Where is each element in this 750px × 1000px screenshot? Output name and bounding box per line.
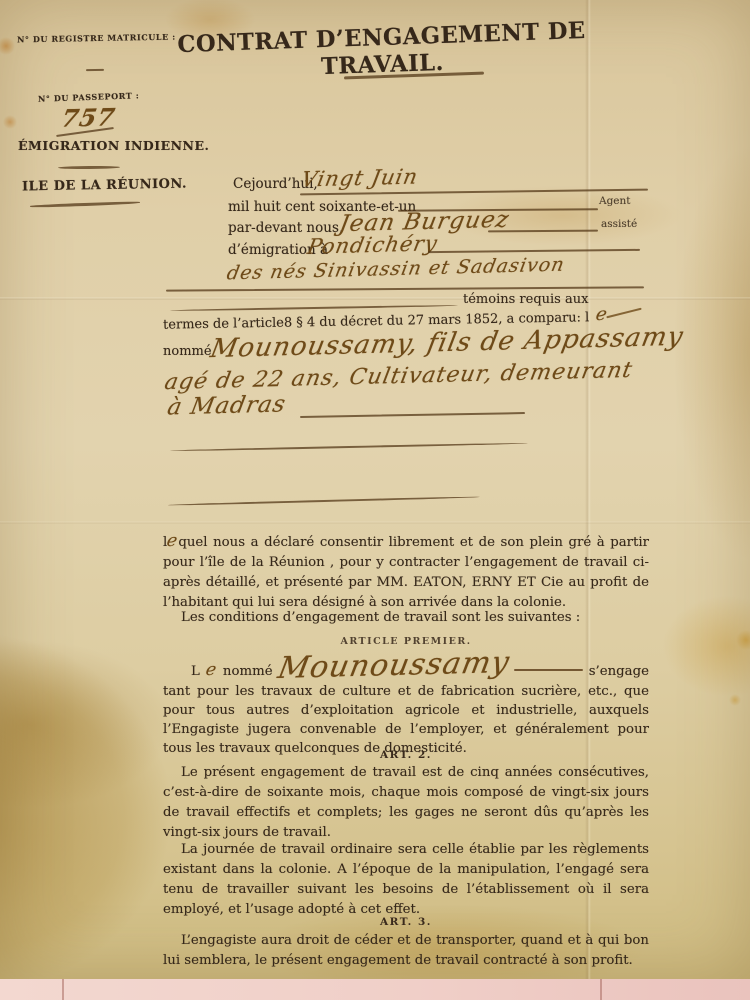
article-1-sengage: s’engage [589, 664, 649, 679]
consent-paragraph: lequel nous a déclaré consentir libremen… [163, 531, 649, 613]
witnesses-rule [166, 286, 644, 291]
article-1-L: L [163, 664, 200, 679]
officer-rule [488, 230, 598, 233]
nomme-label: nommé [163, 344, 212, 359]
temoins-lead-rule [170, 304, 458, 311]
emigration-label: ÉMIGRATION INDIENNE. [18, 138, 209, 153]
preamble-agent: Agent [599, 195, 631, 207]
preamble-assiste: assisté [601, 218, 637, 230]
article-2-paragraph-1: Le présent engagement de travail est de … [163, 763, 649, 843]
handwritten-article-1-e: e [204, 660, 219, 680]
handwritten-witnesses: des nés Sinivassin et Sadasivon [225, 254, 567, 285]
registry-dash [86, 69, 104, 71]
passport-number-label: N° DU PASSEPORT : [38, 90, 140, 104]
handwritten-article-1-name: Mounoussamy [275, 645, 513, 686]
article-2-heading: ART. 2. [163, 749, 649, 761]
reunion-flourish [30, 201, 140, 207]
document-paper: N° DU REGISTRE MATRICULE : N° DU PASSEPO… [0, 0, 750, 979]
reunion-label: ILE DE LA RÉUNION. [22, 177, 187, 195]
article-3-heading: ART. 3. [163, 916, 649, 928]
registry-number-label: N° DU REGISTRE MATRICULE : [17, 32, 176, 45]
place-rule [428, 249, 640, 253]
handwritten-residence: à Madras [165, 391, 288, 420]
article-2-paragraph-2: La journée de travail ordinaire sera cel… [163, 840, 649, 920]
blank-rule-1 [170, 442, 528, 451]
article-1-name-line: L e nommé Mounoussamy s’engage [163, 648, 649, 683]
article-3-paragraph-1: L’engagiste aura droit de céder et de tr… [163, 931, 649, 971]
temoins-note: témoins requis aux [463, 292, 588, 307]
handwritten-date: Vingt Juin [299, 164, 420, 191]
table-seam-left [62, 979, 64, 1000]
emigration-flourish [58, 166, 120, 170]
horizontal-fold-crease-2 [0, 521, 750, 524]
residence-rule [300, 412, 525, 418]
article-1-body: tant pour les travaux de culture et de f… [163, 682, 649, 758]
name-trailing-stroke [514, 669, 582, 671]
handwritten-place: Pondichéry [305, 231, 439, 258]
table-seam-right [600, 979, 602, 1000]
article-1-heading: ARTICLE PREMIER. [163, 636, 649, 647]
article-1-nomme: nommé [223, 664, 273, 679]
comparu-swash [606, 308, 641, 319]
blank-rule-2 [168, 496, 480, 506]
consent-rest: quel nous a déclaré consentir librement … [163, 535, 649, 610]
handwritten-comparu-e: e [594, 304, 610, 325]
horizontal-fold-crease [0, 297, 750, 300]
conditions-line: Les conditions d’engagement de travail s… [163, 608, 649, 628]
